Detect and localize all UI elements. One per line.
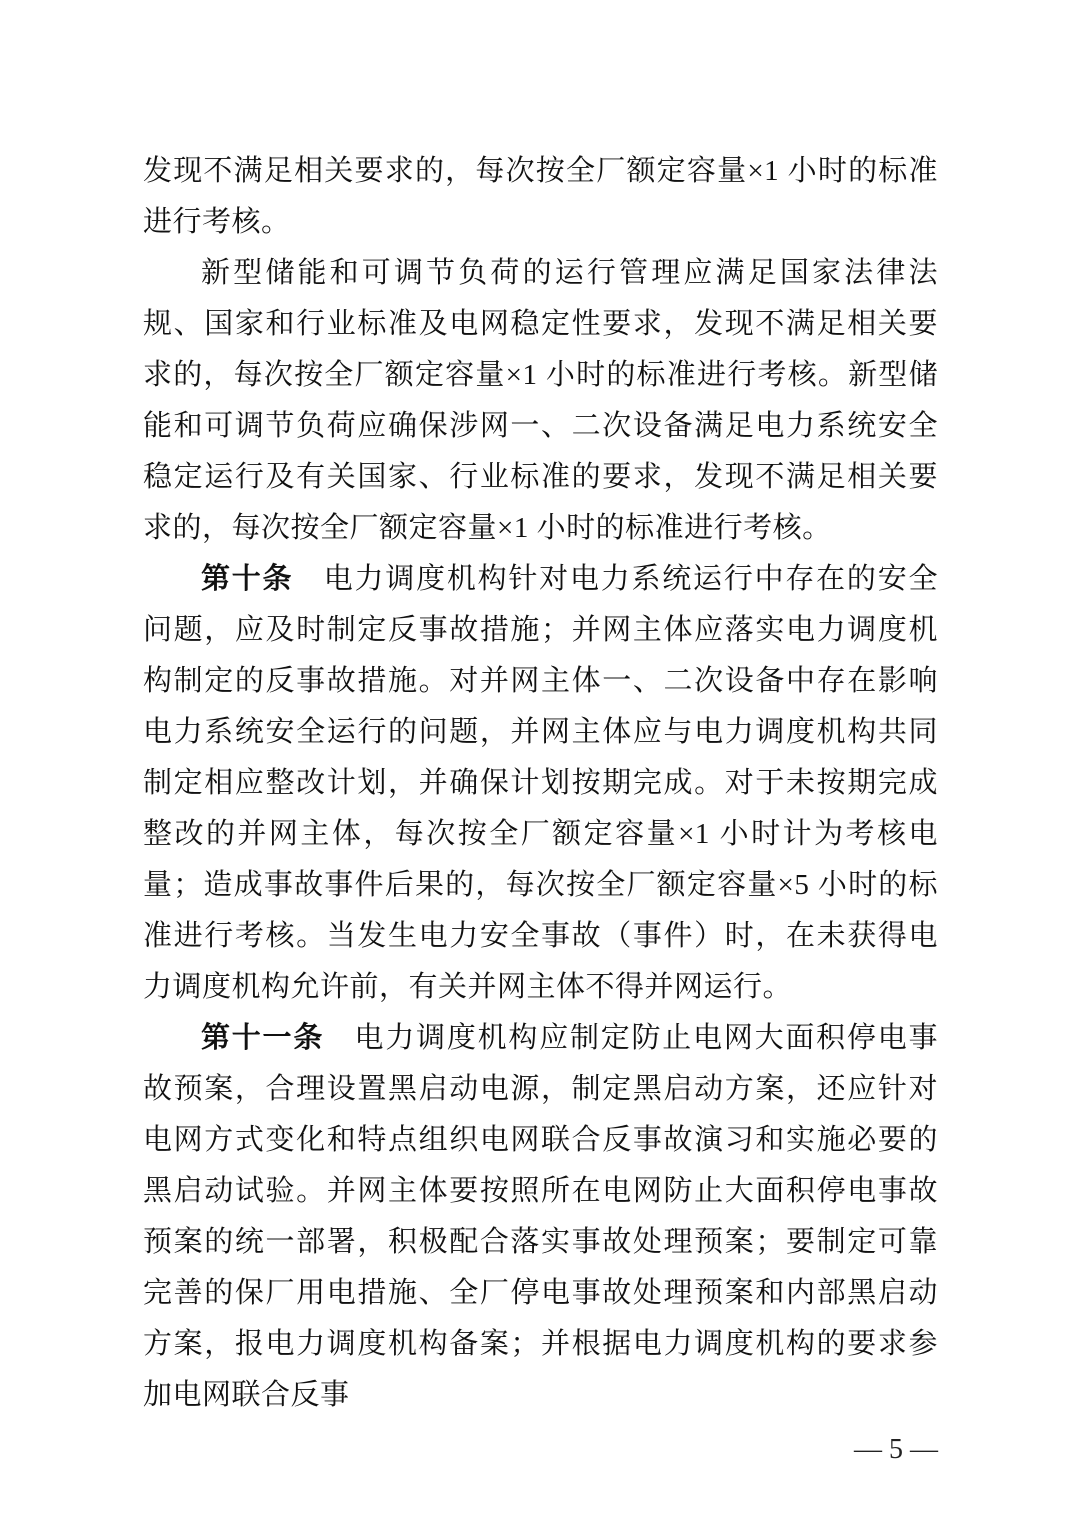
document-body: 发现不满足相关要求的，每次按全厂额定容量×1 小时的标准进行考核。 新型储能和可… xyxy=(143,146,938,1421)
paragraph-continuation: 发现不满足相关要求的，每次按全厂额定容量×1 小时的标准进行考核。 xyxy=(143,146,938,248)
page-footer: — 5 — xyxy=(143,1435,938,1465)
paragraph-text: 电力调度机构应制定防止电网大面积停电事故预案，合理设置黑启动电源，制定黑启动方案… xyxy=(143,1022,938,1411)
article-10-heading: 第十条 xyxy=(201,563,293,595)
paragraph-article-10: 第十条电力调度机构针对电力系统运行中存在的安全问题，应及时制定反事故措施；并网主… xyxy=(143,554,938,1013)
paragraph-text: 发现不满足相关要求的，每次按全厂额定容量×1 小时的标准进行考核。 xyxy=(143,155,938,238)
article-11-heading: 第十一条 xyxy=(201,1022,324,1054)
paragraph-text: 新型储能和可调节负荷的运行管理应满足国家法律法规、国家和行业标准及电网稳定性要求… xyxy=(143,257,938,544)
paragraph-storage-load-management: 新型储能和可调节负荷的运行管理应满足国家法律法规、国家和行业标准及电网稳定性要求… xyxy=(143,248,938,554)
paragraph-article-11: 第十一条电力调度机构应制定防止电网大面积停电事故预案，合理设置黑启动电源，制定黑… xyxy=(143,1013,938,1421)
paragraph-text: 电力调度机构针对电力系统运行中存在的安全问题，应及时制定反事故措施；并网主体应落… xyxy=(143,563,938,1003)
document-page: 发现不满足相关要求的，每次按全厂额定容量×1 小时的标准进行考核。 新型储能和可… xyxy=(0,0,1080,1527)
page-number: — 5 — xyxy=(854,1434,938,1465)
